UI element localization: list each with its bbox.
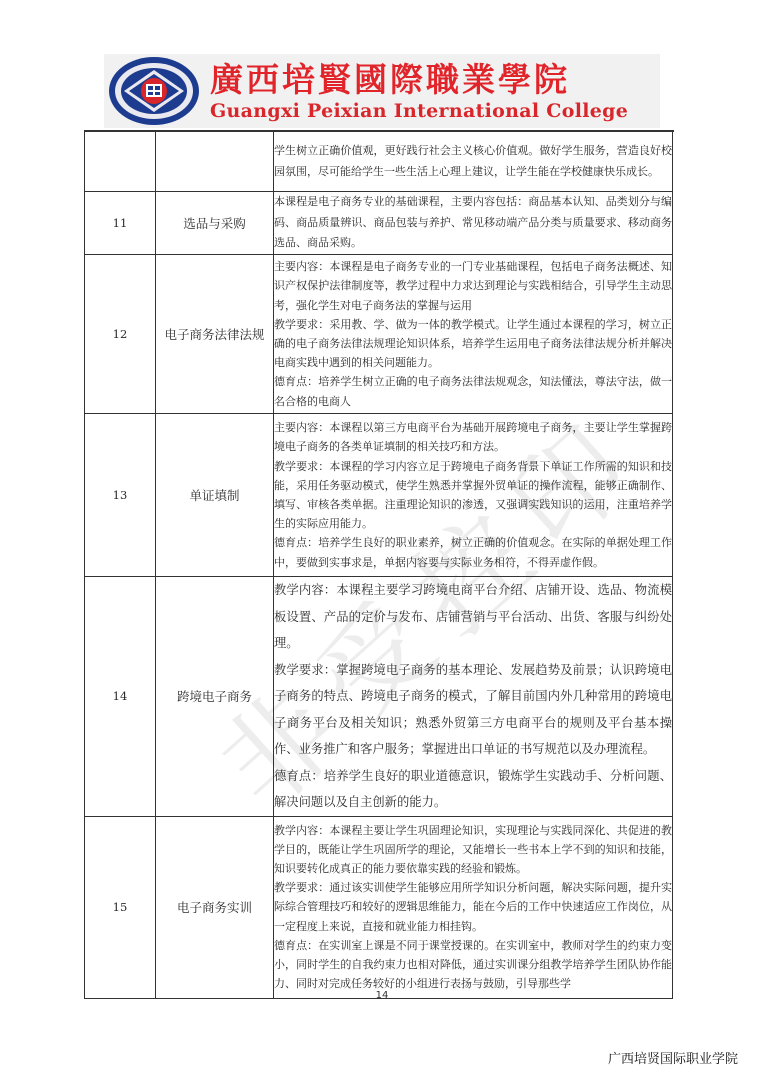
course-table: 学生树立正确价值观，更好践行社会主义核心价值观。做好学生服务，营造良好校园氛围，… [84,131,673,999]
content-paragraph: 教学内容：本课程主要让学生巩固理论知识，实现理论与实践同深化、共促进的教学目的，… [274,821,672,879]
moral-education-paragraph: 德育点：在实训室上课是不同于课堂授课的。在实训室中，教师对学生的约束力变小，同时… [274,936,672,994]
moral-education-paragraph: 德育点：培养学生树立正确的电子商务法律法规观念，知法懂法，尊法守法，做一名合格的… [274,372,672,410]
moral-education-paragraph: 德育点：培养学生良好的职业素养，树立正确的价值观念。在实际的单据处理工作中，要做… [274,533,672,571]
content-paragraph: 主要内容：本课程是电子商务专业的一门专业基础课程，包括电子商务法概述、知识产权保… [274,257,672,315]
moral-education-paragraph: 德育点：培养学生良好的职业道德意识，锻炼学生实践动手、分析问题、解决问题以及自主… [274,763,672,816]
course-name: 选品与采购 [156,192,274,255]
table-row: 学生树立正确价值观，更好践行社会主义核心价值观。做好学生服务，营造良好校园氛围，… [85,132,673,192]
description-paragraph: 本课程是电子商务专业的基础课程，主要内容包括：商品基本认知、品类划分与编码、商品… [274,192,672,254]
course-number: 11 [85,192,156,255]
description-paragraph: 学生树立正确价值观，更好践行社会主义核心价值观。做好学生服务，营造良好校园氛围，… [274,141,672,182]
course-number [85,132,156,192]
course-name: 单证填制 [156,414,274,577]
course-description: 本课程是电子商务专业的基础课程，主要内容包括：商品基本认知、品类划分与编码、商品… [274,192,673,255]
requirement-paragraph: 教学要求：采用教、学、做为一体的教学模式。让学生通过本课程的学习，树立正确的电子… [274,315,672,373]
college-name-en: Guangxi Peixian International College [210,100,660,122]
page-number: 14 [0,990,764,1001]
requirement-paragraph: 教学要求：通过该实训使学生能够应用所学知识分析问题，解决实际问题，提升实际综合管… [274,878,672,936]
college-emblem-icon [106,55,202,127]
course-description: 学生树立正确价值观，更好践行社会主义核心价值观。做好学生服务，营造良好校园氛围，… [274,132,673,192]
course-description: 教学内容：本课程主要让学生巩固理论知识，实现理论与实践同深化、共促进的教学目的，… [274,816,673,998]
course-number: 13 [85,414,156,577]
content-paragraph: 教学内容：本课程主要学习跨境电商平台介绍、店铺开设、选品、物流模板设置、产品的定… [274,577,672,657]
course-description: 主要内容：本课程是电子商务专业的一门专业基础课程，包括电子商务法概述、知识产权保… [274,255,673,414]
college-name-cn: 廣西培賢國際職業學院 [210,60,660,100]
requirement-paragraph: 教学要求：本课程的学习内容立足于跨境电子商务背景下单证工作所需的知识和技能，采用… [274,457,672,534]
footer-college-name: 广西培贤国际职业学院 [608,1048,738,1067]
course-name [156,132,274,192]
course-number: 12 [85,255,156,414]
requirement-paragraph: 教学要求：掌握跨境电子商务的基本理论、发展趋势及前景；认识跨境电子商务的特点、跨… [274,657,672,763]
course-name: 跨境电子商务 [156,577,274,817]
table-row: 13 单证填制 主要内容：本课程以第三方电商平台为基础开展跨境电子商务，主要让学… [85,414,673,577]
course-description: 主要内容：本课程以第三方电商平台为基础开展跨境电子商务，主要让学生掌握跨境电子商… [274,414,673,577]
table-row: 11 选品与采购 本课程是电子商务专业的基础课程，主要内容包括：商品基本认知、品… [85,192,673,255]
course-number: 15 [85,816,156,998]
table-row: 12 电子商务法律法规 主要内容：本课程是电子商务专业的一门专业基础课程，包括电… [85,255,673,414]
course-description: 教学内容：本课程主要学习跨境电商平台介绍、店铺开设、选品、物流模板设置、产品的定… [274,577,673,817]
table-row: 14 跨境电子商务 教学内容：本课程主要学习跨境电商平台介绍、店铺开设、选品、物… [85,577,673,817]
college-banner: 廣西培賢國際職業學院 Guangxi Peixian International… [104,54,660,128]
course-name: 电子商务实训 [156,816,274,998]
course-name: 电子商务法律法规 [156,255,274,414]
table-row: 15 电子商务实训 教学内容：本课程主要让学生巩固理论知识，实现理论与实践同深化… [85,816,673,998]
course-number: 14 [85,577,156,817]
content-paragraph: 主要内容：本课程以第三方电商平台为基础开展跨境电子商务，主要让学生掌握跨境电子商… [274,418,672,456]
